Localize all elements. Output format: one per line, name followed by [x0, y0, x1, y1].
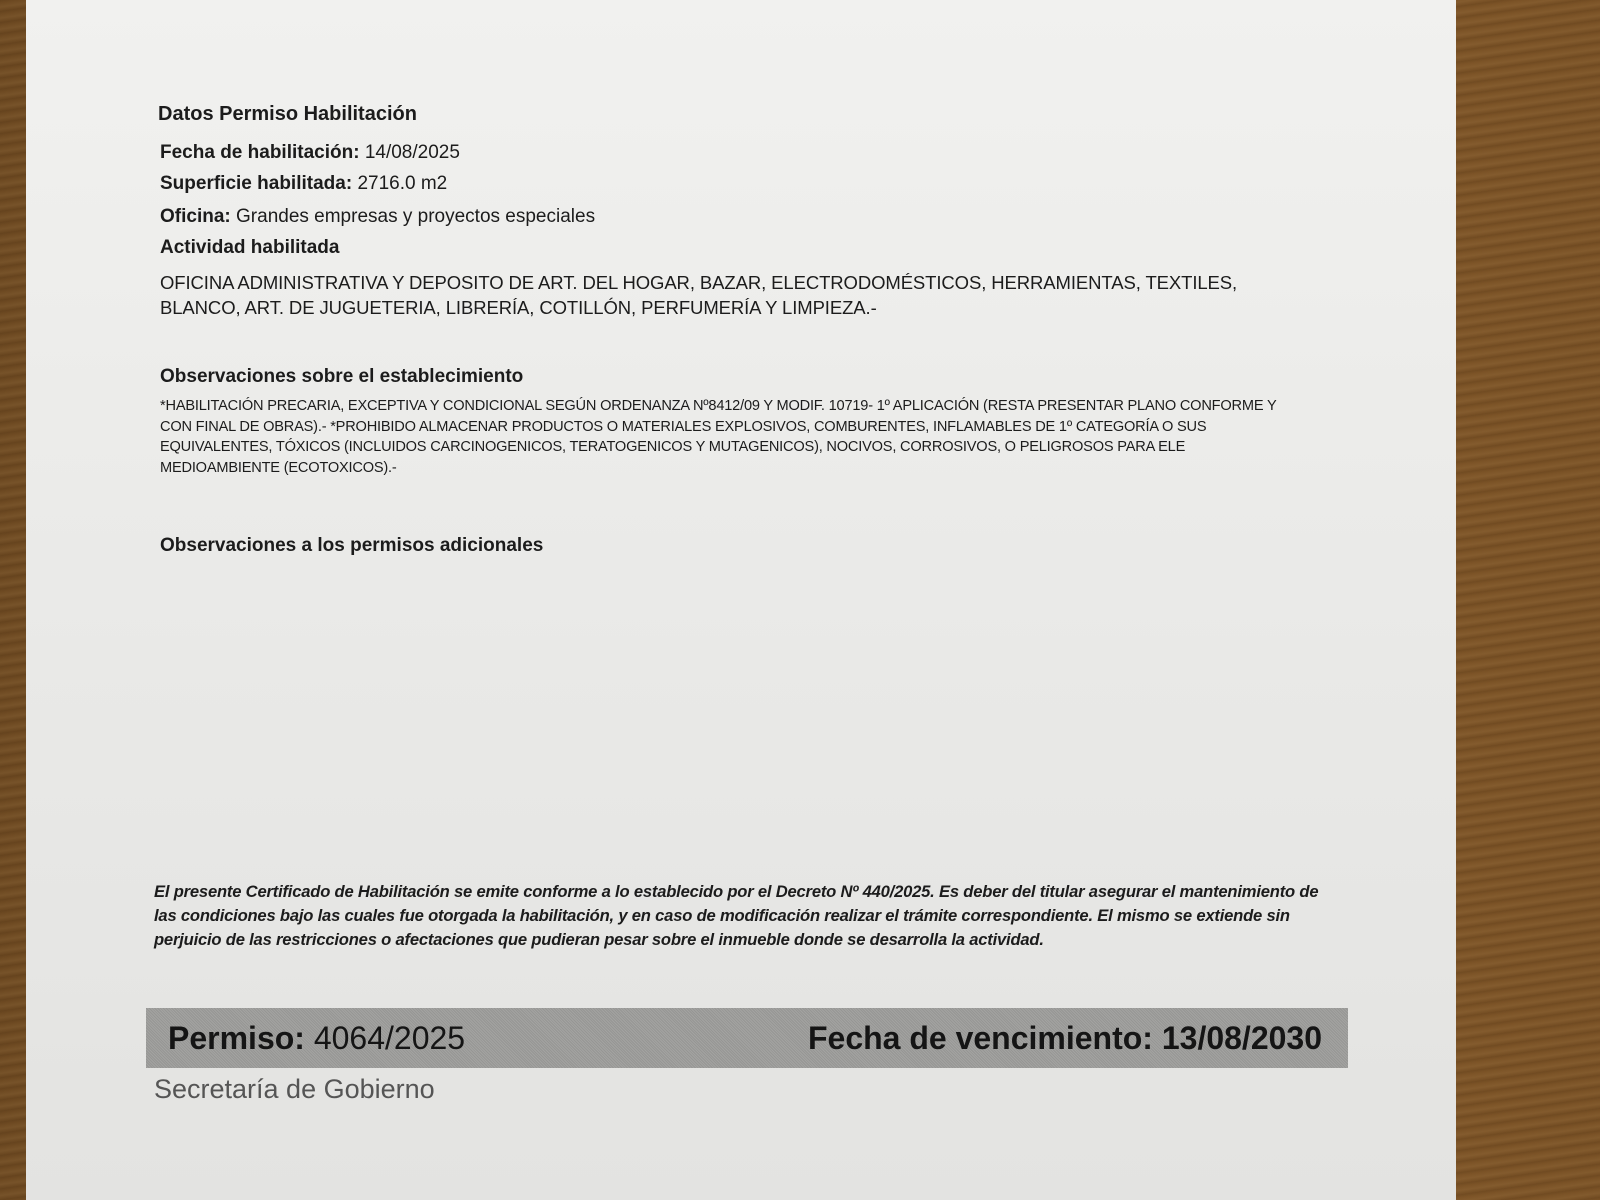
superficie-habilitada-value: 2716.0 m2 [357, 173, 447, 194]
vencimiento-value: 13/08/2030 [1162, 1020, 1322, 1056]
permiso-label: Permiso: [168, 1020, 305, 1056]
document-sheet: Datos Permiso Habilitación Fecha de habi… [26, 0, 1456, 1200]
permit-band: Permiso: 4064/2025 Fecha de vencimiento:… [146, 1008, 1348, 1068]
superficie-habilitada-label: Superficie habilitada: [160, 173, 352, 194]
superficie-habilitada-field: Superficie habilitada: 2716.0 m2 [160, 173, 447, 195]
oficina-value: Grandes empresas y proyectos especiales [236, 206, 595, 227]
observaciones-permisos-label: Observaciones a los permisos adicionales [160, 535, 543, 557]
fecha-habilitacion-value: 14/08/2025 [365, 142, 460, 163]
vencimiento-label: Fecha de vencimiento: [808, 1020, 1153, 1056]
oficina-field: Oficina: Grandes empresas y proyectos es… [160, 206, 595, 228]
oficina-label: Oficina: [160, 206, 231, 227]
vencimiento-field: Fecha de vencimiento: 13/08/2030 [808, 1020, 1322, 1057]
permiso-field: Permiso: 4064/2025 [168, 1020, 465, 1057]
observaciones-establecimiento-label: Observaciones sobre el establecimiento [160, 366, 523, 388]
legal-notice: El presente Certificado de Habilitación … [154, 880, 1324, 952]
observaciones-establecimiento-text: *HABILITACIÓN PRECARIA, EXCEPTIVA Y COND… [160, 396, 1300, 478]
fecha-habilitacion-label: Fecha de habilitación: [160, 142, 360, 163]
section-title: Datos Permiso Habilitación [158, 103, 417, 126]
actividad-text: OFICINA ADMINISTRATIVA Y DEPOSITO DE ART… [160, 270, 1320, 320]
issuer-name: Secretaría de Gobierno [154, 1074, 435, 1105]
fecha-habilitacion-field: Fecha de habilitación: 14/08/2025 [160, 142, 460, 164]
actividad-label: Actividad habilitada [160, 237, 339, 259]
permiso-value: 4064/2025 [314, 1020, 465, 1056]
